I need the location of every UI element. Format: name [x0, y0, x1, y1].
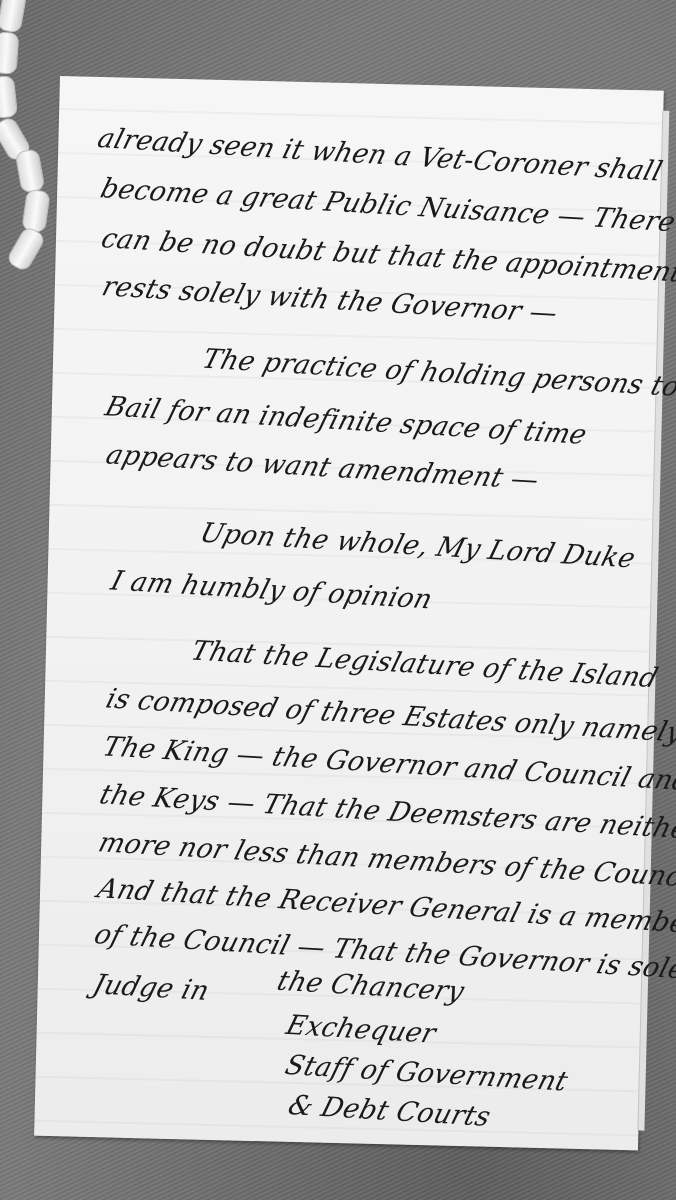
white-cord: [0, 0, 56, 280]
manuscript-page: already seen it when a Vet-Coroner shall…: [34, 76, 664, 1150]
